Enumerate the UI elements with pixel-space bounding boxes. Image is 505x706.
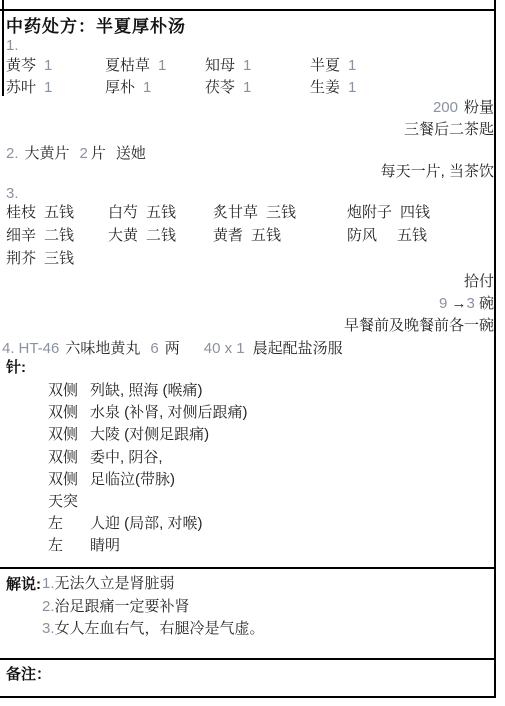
herb-qty: 四钱 — [400, 204, 430, 221]
section2-qty: 2 — [80, 145, 88, 162]
herb-qty: 1 — [44, 57, 52, 74]
powder-amount-unit: 粉量 — [464, 99, 494, 116]
herb-qty: 二钱 — [146, 227, 176, 244]
section4-qty: 6 — [150, 340, 158, 357]
section2-line: 2.大黄片2片送她 — [6, 142, 146, 163]
herb-qty: 1 — [44, 79, 52, 96]
herb-item: 炙甘草三钱 — [213, 201, 347, 224]
needle-side: 双侧 — [48, 423, 90, 445]
herb-qty: 三钱 — [266, 204, 296, 221]
herb-item: 大黄二钱 — [108, 224, 213, 247]
needle-side: 双侧 — [48, 401, 90, 423]
herb-item: 黄耆五钱 — [213, 224, 347, 247]
needle-side: 双侧 — [48, 379, 90, 401]
needle-side: 双侧 — [48, 468, 90, 490]
herb-item: 夏枯草1 — [105, 54, 205, 76]
herb-item: 厚朴1 — [105, 76, 205, 98]
section4-line: 4.HT-46六味地黄丸6两40 x 1晨起配盐汤服 — [2, 337, 343, 358]
herb-qty: 五钱 — [397, 227, 427, 244]
herb-item: 炮附子四钱 — [347, 201, 430, 224]
explanation-line-text: 无法久立是肾脏弱 — [55, 575, 175, 592]
explanation-line-number: 3. — [42, 620, 55, 637]
section2-label: 2. — [6, 145, 19, 162]
needle-row: 双侧大陵 (对侧足跟痛) — [48, 423, 248, 445]
herb-name: 苏叶 — [6, 79, 36, 96]
needle-points: 大陵 (对侧足跟痛) — [90, 423, 209, 445]
explanation-lines: 1.无法久立是肾脏弱 2.治足跟痛一定要补肾 3.女人左血右气，右腿冷是气虚。 — [42, 573, 265, 641]
decoct-to: 3 — [466, 295, 474, 312]
herb-item: 桂枝五钱 — [6, 201, 108, 224]
needle-row: 天突 — [48, 490, 248, 512]
needle-row: 双侧足临泣(带脉) — [48, 468, 248, 490]
section2-note: 送她 — [116, 145, 146, 162]
herb-qty: 二钱 — [44, 227, 74, 244]
herb-name: 大黄 — [108, 227, 138, 244]
herb-item: 茯苓1 — [205, 76, 310, 98]
explanation-label: 解说: — [6, 573, 41, 594]
needle-side: 天突 — [48, 490, 90, 512]
herb-name: 厚朴 — [105, 79, 135, 96]
needle-points: 睛明 — [90, 534, 120, 556]
herb-name: 白芍 — [108, 204, 138, 221]
section1-herb-grid: 黄芩1 夏枯草1 知母1 半夏1 苏叶1 厚朴1 茯苓1 生姜1 — [6, 54, 356, 98]
herb-item: 知母1 — [205, 54, 310, 76]
section3-right-notes: 拾付 9 →3 碗 早餐前及晚餐前各一碗 — [344, 271, 494, 337]
herb-name: 炙甘草 — [213, 204, 258, 221]
herb-qty: 五钱 — [251, 227, 281, 244]
herb-qty: 五钱 — [146, 204, 176, 221]
herb-name: 防风 — [347, 227, 377, 244]
powder-amount-value: 200 — [433, 99, 458, 116]
explanation-line: 3.女人左血右气，右腿冷是气虚。 — [42, 618, 265, 641]
herb-qty: 1 — [348, 79, 356, 96]
herb-name: 细辛 — [6, 227, 36, 244]
needle-points: 列缺, 照海 (喉痛) — [90, 379, 203, 401]
page-title: 中药处方：半夏厚朴汤 — [6, 12, 186, 37]
herb-item: 荆芥三钱 — [6, 247, 108, 270]
herb-name: 荆芥 — [6, 250, 36, 267]
herb-name: 黄耆 — [213, 227, 243, 244]
section1-label: 1. — [6, 37, 19, 54]
herb-item: 半夏1 — [310, 54, 356, 76]
needle-row: 双侧水泉 (补肾, 对侧后跟痛) — [48, 401, 248, 423]
needle-row: 双侧委中, 阴谷, — [48, 446, 248, 468]
needle-row: 左睛明 — [48, 534, 248, 556]
herb-item: 苏叶1 — [6, 76, 105, 98]
herb-item: 防风五钱 — [347, 224, 430, 247]
needle-row: 左人迎 (局部, 对喉) — [48, 512, 248, 534]
divider-remarks — [0, 658, 496, 660]
needle-points: 水泉 (补肾, 对侧后跟痛) — [90, 401, 248, 423]
section3-label: 3. — [6, 185, 19, 202]
herb-qty: 1 — [158, 57, 166, 74]
section3-usage-note: 早餐前及晚餐前各一碗 — [344, 315, 494, 337]
herb-name: 知母 — [205, 57, 235, 74]
herb-name: 夏枯草 — [105, 57, 150, 74]
herb-qty: 1 — [348, 57, 356, 74]
needle-side: 左 — [48, 534, 90, 556]
herb-name: 桂枝 — [6, 204, 36, 221]
section2-unit: 片 — [91, 145, 106, 162]
prescription-document: 中药处方：半夏厚朴汤 1. 黄芩1 夏枯草1 知母1 半夏1 苏叶1 厚朴1 茯… — [0, 0, 505, 706]
border-left — [2, 0, 4, 96]
explanation-line: 2.治足跟痛一定要补肾 — [42, 596, 265, 619]
explanation-line-number: 1. — [42, 575, 55, 592]
pack-count-note: 拾付 — [344, 271, 494, 293]
section2-usage-note: 每天一片, 当茶饮 — [381, 161, 494, 183]
needle-side: 左 — [48, 512, 90, 534]
divider-explanation — [0, 567, 496, 569]
section4-drug: 六味地黄丸 — [65, 340, 140, 357]
needle-points: 委中, 阴谷, — [90, 446, 163, 468]
needle-section-label: 针: — [6, 356, 26, 377]
section4-code: HT-46 — [19, 340, 60, 357]
herb-name: 炮附子 — [347, 204, 392, 221]
herb-item: 黄芩1 — [6, 54, 105, 76]
section1-usage-note: 三餐后二茶匙 — [404, 119, 494, 141]
explanation-line-text: 女人左血右气，右腿冷是气虚。 — [55, 620, 265, 637]
decoct-from: 9 — [439, 295, 447, 312]
explanation-line-text: 治足跟痛一定要补肾 — [55, 598, 190, 615]
section4-dose: 40 x 1 — [204, 340, 245, 357]
herb-qty: 1 — [243, 79, 251, 96]
border-bottom — [0, 696, 496, 698]
herb-item: 细辛二钱 — [6, 224, 108, 247]
remarks-label: 备注： — [6, 663, 51, 684]
powder-amount-note: 200粉量 — [404, 97, 494, 119]
needle-points: 人迎 (局部, 对喉) — [90, 512, 203, 534]
needle-list: 双侧列缺, 照海 (喉痛) 双侧水泉 (补肾, 对侧后跟痛) 双侧大陵 (对侧足… — [48, 379, 248, 557]
herb-name: 生姜 — [310, 79, 340, 96]
herb-qty: 1 — [143, 79, 151, 96]
section4-note: 晨起配盐汤服 — [253, 340, 343, 357]
herb-qty: 1 — [243, 57, 251, 74]
herb-qty: 三钱 — [44, 250, 74, 267]
section4-unit: 两 — [165, 340, 180, 357]
section3-herb-grid: 桂枝五钱 白芍五钱 炙甘草三钱 炮附子四钱 细辛二钱 大黄二钱 黄耆五钱 防风五… — [6, 201, 430, 270]
herb-name: 黄芩 — [6, 57, 36, 74]
border-top — [0, 9, 496, 11]
decoction-note: 9 →3 碗 — [344, 293, 494, 315]
border-right — [494, 0, 496, 698]
section1-right-notes: 200粉量 三餐后二茶匙 — [404, 97, 494, 141]
section2-drug: 大黄片 — [25, 145, 70, 162]
herb-item: 白芍五钱 — [108, 201, 213, 224]
herb-qty: 五钱 — [44, 204, 74, 221]
needle-points: 足临泣(带脉) — [90, 468, 175, 490]
section4-label: 4. — [2, 340, 15, 357]
herb-name: 茯苓 — [205, 79, 235, 96]
explanation-line-number: 2. — [42, 598, 55, 615]
needle-side: 双侧 — [48, 446, 90, 468]
arrow-right-icon: → — [451, 295, 466, 312]
herb-name: 半夏 — [310, 57, 340, 74]
herb-item: 生姜1 — [310, 76, 356, 98]
explanation-line: 1.无法久立是肾脏弱 — [42, 573, 265, 596]
decoct-unit: 碗 — [479, 295, 494, 312]
needle-row: 双侧列缺, 照海 (喉痛) — [48, 379, 248, 401]
